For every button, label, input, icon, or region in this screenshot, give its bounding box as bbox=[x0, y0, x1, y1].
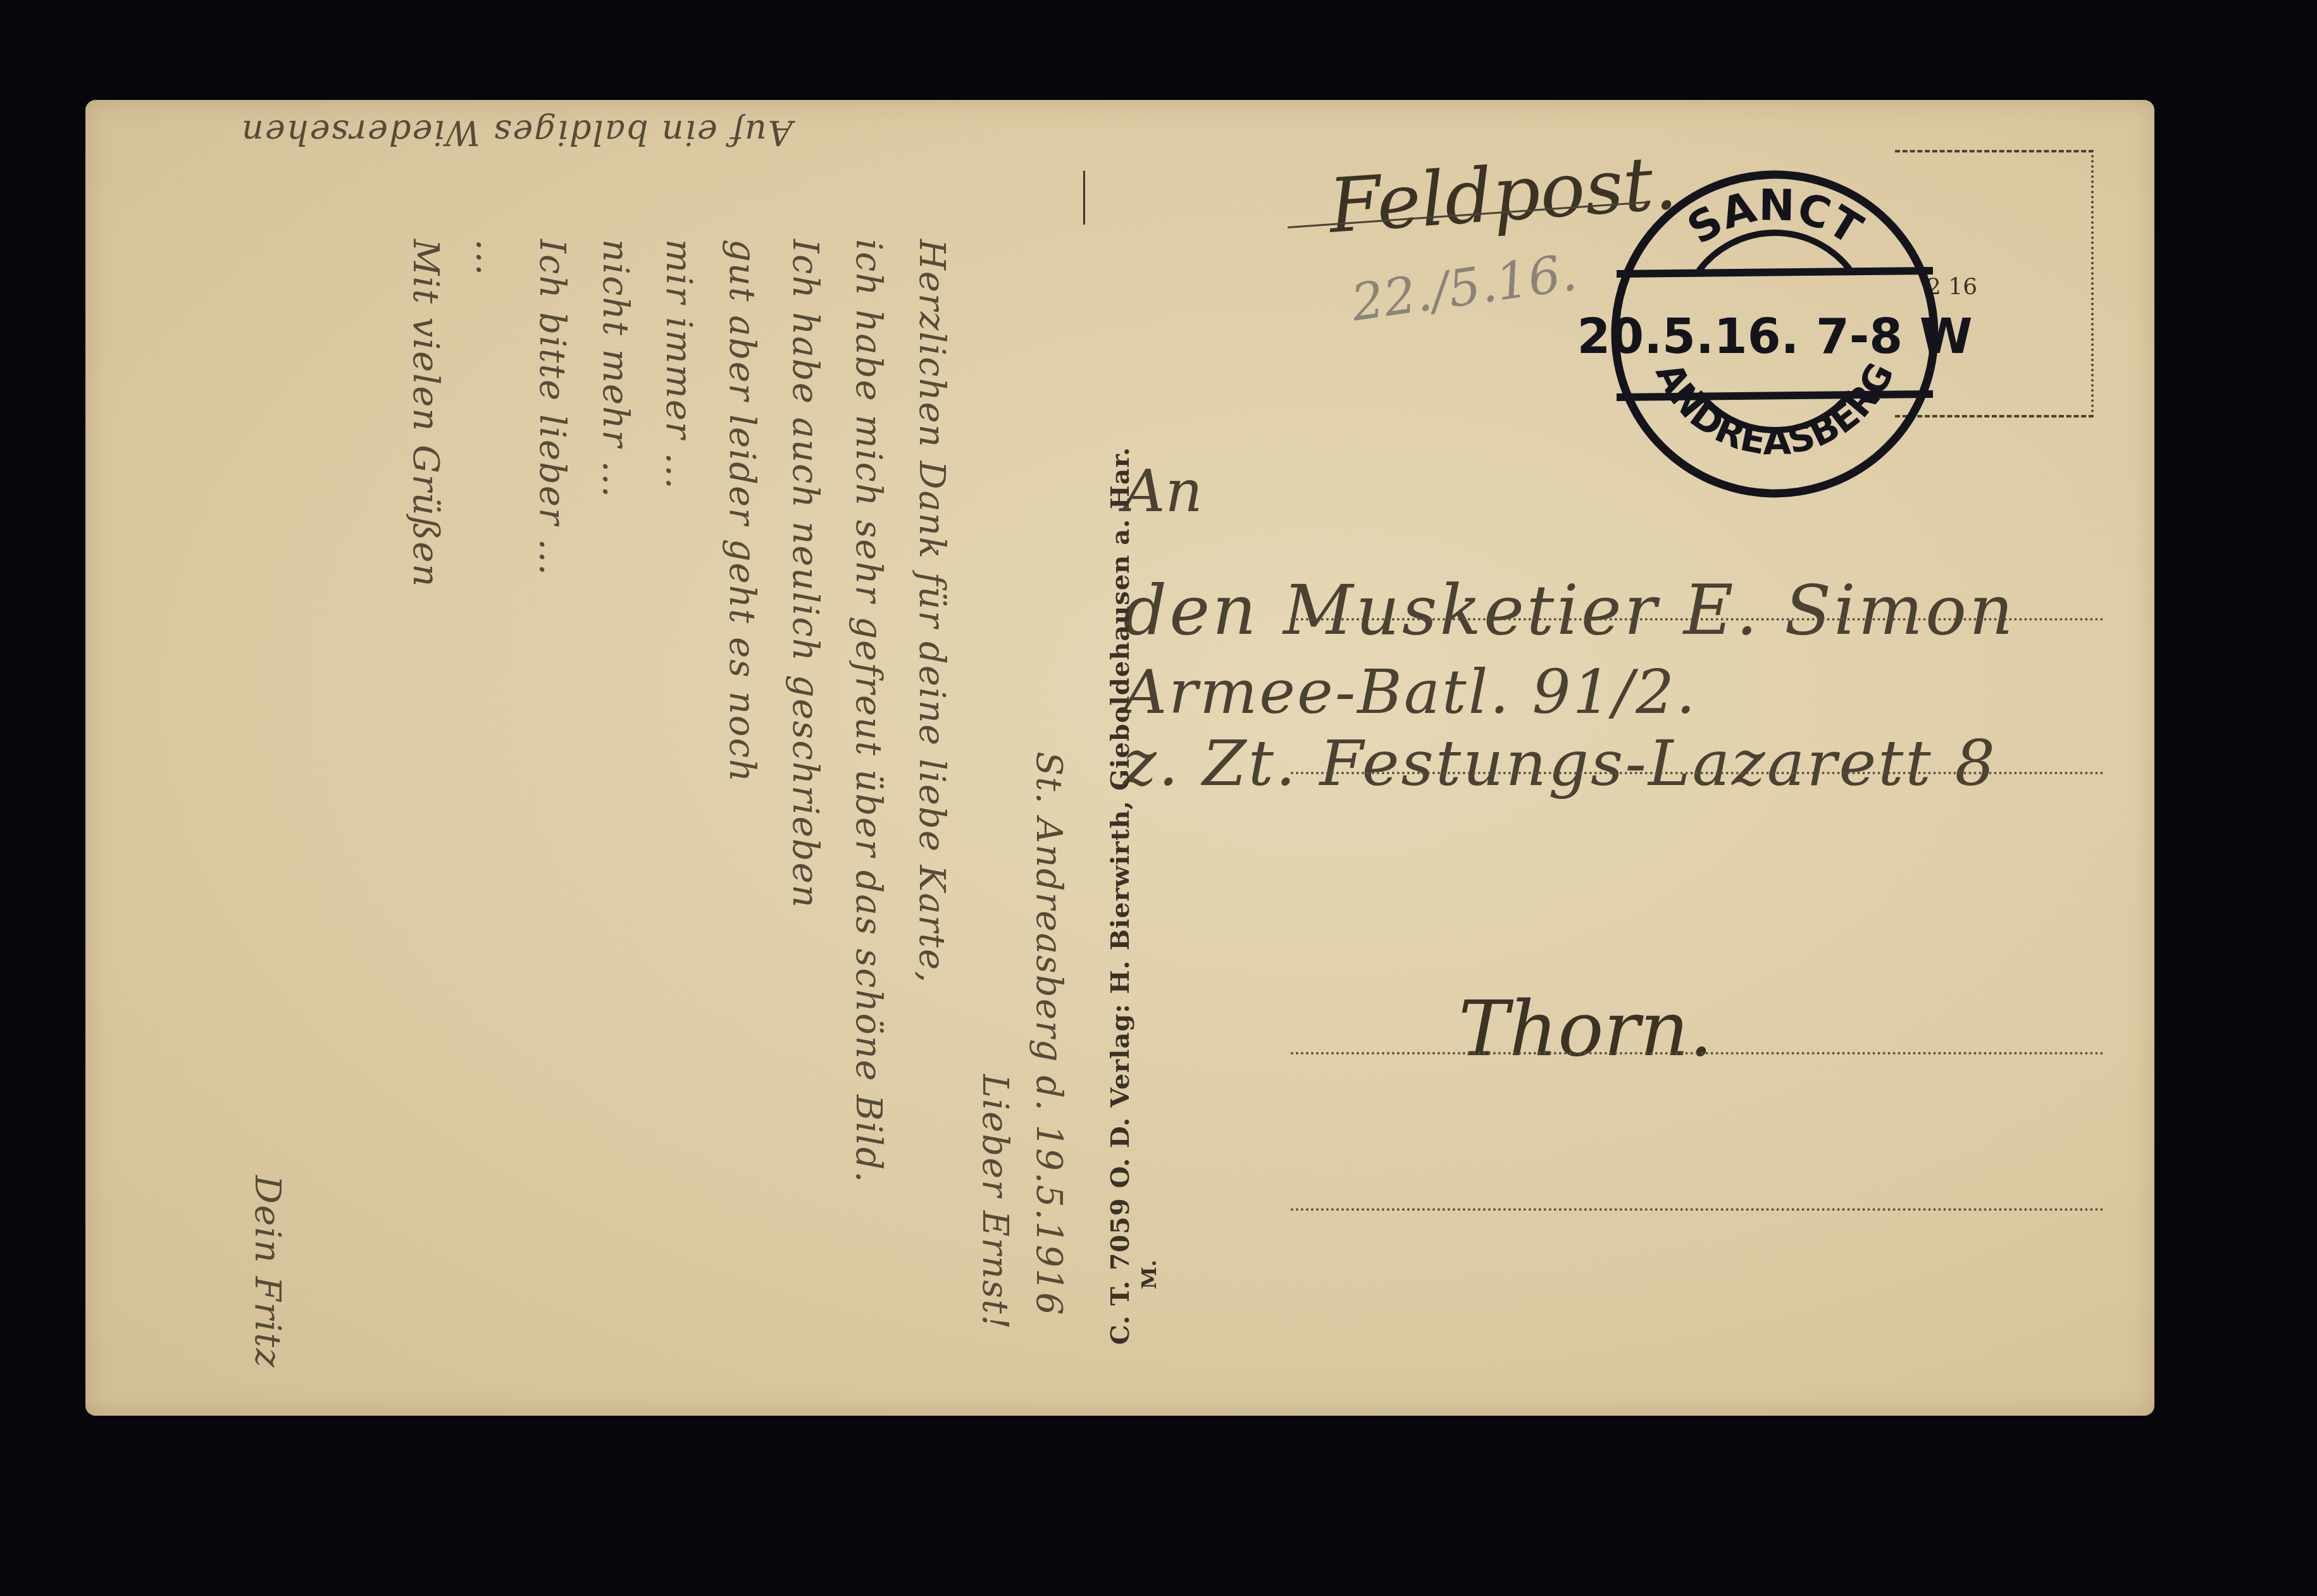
divider-line bbox=[1083, 171, 1085, 225]
address-rule-3 bbox=[1291, 1052, 2104, 1055]
message-place-date: St. Andreasberg d. 19.5.1916 bbox=[1028, 752, 1069, 1316]
message-line-6: nicht mehr ... bbox=[595, 239, 636, 498]
message-line-1: Herzlichen Dank für deine liebe Karte, bbox=[911, 239, 952, 984]
address-line-4-city: Thorn. bbox=[1458, 986, 1713, 1073]
postmark-icon: SANCT 20.5.16. 7-8 W ANDREASBERG bbox=[1604, 170, 1946, 498]
svg-text:20.5.16. 7-8 W: 20.5.16. 7-8 W bbox=[1577, 308, 1972, 364]
message-salutation: Lieber Ernst! bbox=[974, 1074, 1016, 1330]
address-line-1: den Musketier E. Simon bbox=[1123, 571, 2016, 650]
received-date-pencil: 22./5.16. bbox=[1348, 243, 1580, 333]
message-top-line: Auf ein baldiges Wiedersehen bbox=[240, 113, 793, 152]
message-line-3: Ich habe auch neulich geschrieben bbox=[785, 239, 826, 909]
address-line-2: Armee-Batl. 91/2. bbox=[1123, 657, 1698, 727]
postmark-cancel: SANCT 20.5.16. 7-8 W ANDREASBERG bbox=[1604, 170, 1946, 498]
message-signature: Dein Fritz bbox=[247, 1175, 288, 1368]
publisher-imprint: C. T. 7059 O. D. Verlag: H. Bierwirth, G… bbox=[1105, 447, 1135, 1345]
address-rule-2 bbox=[1291, 772, 2104, 774]
message-line-2: ich habe mich sehr gefreut über das schö… bbox=[848, 239, 889, 1184]
message-line-4: gut aber leider geht es noch bbox=[721, 239, 762, 783]
publisher-monogram: M. bbox=[1137, 1259, 1161, 1289]
message-line-8: ... bbox=[468, 239, 509, 276]
message-line-5: mir immer ... bbox=[658, 239, 699, 490]
address-rule-4 bbox=[1291, 1208, 2104, 1211]
address-line-3: z. Zt. Festungs-Lazarett 8 bbox=[1123, 726, 1997, 800]
address-rule-1 bbox=[1291, 618, 2104, 621]
message-line-7: Ich bitte lieber ... bbox=[531, 239, 573, 576]
postcard: Feldpost. 22./5.16. 2 16 SANCT 20.5.16. … bbox=[85, 100, 2154, 1416]
message-line-9: Mit vielen Grüßen bbox=[405, 239, 446, 588]
svg-text:ANDREASBERG: ANDREASBERG bbox=[1647, 356, 1902, 463]
